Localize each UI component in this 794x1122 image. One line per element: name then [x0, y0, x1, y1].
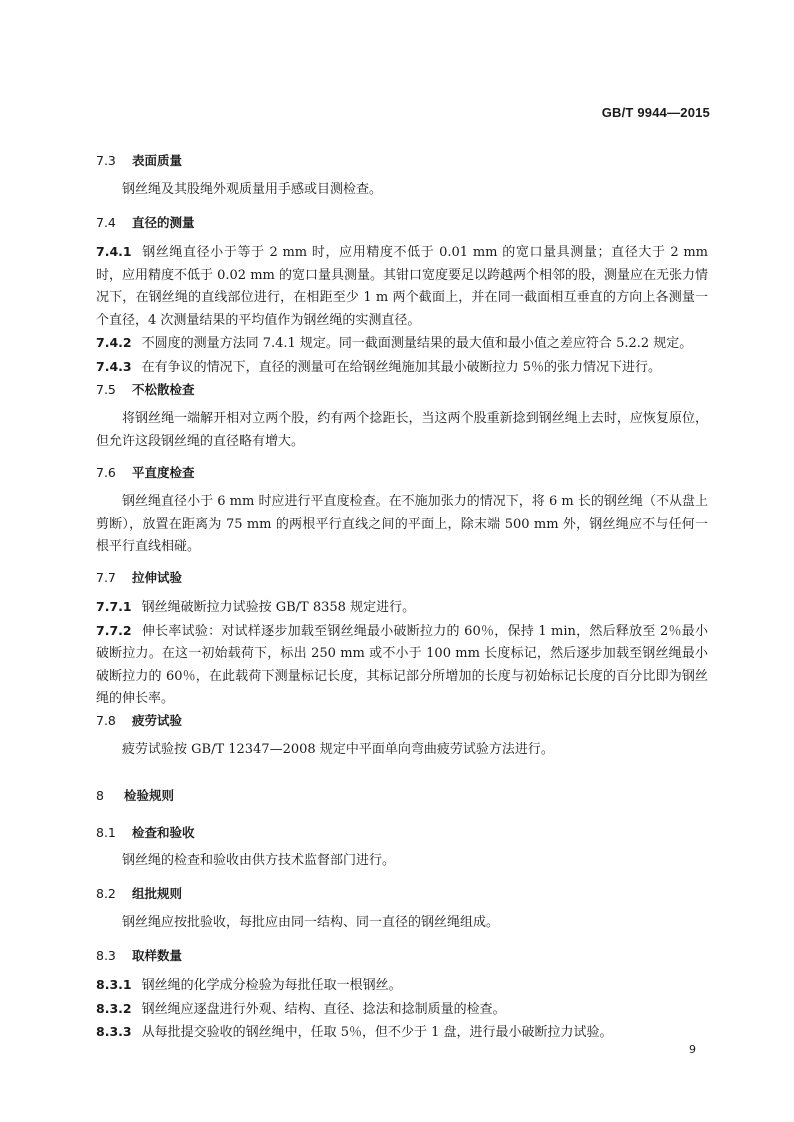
paragraph-8-2: 钢丝绳应按批验收，每批应由同一结构、同一直径的钢丝绳组成。 — [96, 912, 708, 935]
paragraph-7-8: 疲劳试验按 GB/T 12347—2008 规定中平面单向弯曲疲劳试验方法进行。 — [96, 739, 708, 762]
paragraph-7-3: 钢丝绳及其股绳外观质量用手感或目测检查。 — [96, 179, 708, 202]
document-page: GB/T 9944—2015 7.3表面质量 钢丝绳及其股绳外观质量用手感或目测… — [0, 0, 794, 1122]
clause-8-3-1: 8.3.1钢丝绳的化学成分检验为每批任取一根钢丝。 — [96, 974, 708, 998]
heading-7-7: 7.7拉伸试验 — [96, 568, 708, 586]
clause-7-4-2: 7.4.2不圆度的测量方法同 7.4.1 规定。同一截面测量结果的最大值和最小值… — [96, 332, 708, 356]
clauses-8-3: 8.3.1钢丝绳的化学成分检验为每批任取一根钢丝。 8.3.2钢丝绳应逐盘进行外… — [96, 974, 708, 1045]
heading-7-3: 7.3表面质量 — [96, 151, 708, 169]
heading-7-4: 7.4直径的测量 — [96, 213, 708, 231]
heading-8-2: 8.2组批规则 — [96, 884, 708, 902]
standard-id: GB/T 9944—2015 — [602, 105, 710, 120]
heading-8: 8检验规则 — [96, 786, 708, 804]
heading-8-1: 8.1检查和验收 — [96, 823, 708, 841]
clause-7-4-3: 7.4.3在有争议的情况下，直径的测量可在给钢丝绳施加其最小破断拉力 5％的张力… — [96, 356, 708, 380]
heading-8-3: 8.3取样数量 — [96, 946, 708, 964]
paragraph-7-6: 钢丝绳直径小于 6 mm 时应进行平直度检查。在不施加张力的情况下，将 6 m … — [96, 491, 708, 559]
paragraph-8-1: 钢丝绳的检查和验收由供方技术监督部门进行。 — [96, 850, 708, 873]
clauses-7-4: 7.4.1钢丝绳直径小于等于 2 mm 时，应用精度不低于 0.01 mm 的宽… — [96, 241, 708, 379]
heading-7-5: 7.5不松散检查 — [96, 380, 708, 398]
page-number: 9 — [689, 1043, 696, 1056]
clause-7-7-1: 7.7.1钢丝绳破断拉力试验按 GB/T 8358 规定进行。 — [96, 596, 708, 620]
clause-7-7-2: 7.7.2伸长率试验：对试样逐步加载至钢丝绳最小破断拉力的 60％，保持 1 m… — [96, 620, 708, 711]
clause-8-3-2: 8.3.2钢丝绳应逐盘进行外观、结构、直径、捻法和捻制质量的检查。 — [96, 998, 708, 1022]
clause-7-4-1: 7.4.1钢丝绳直径小于等于 2 mm 时，应用精度不低于 0.01 mm 的宽… — [96, 241, 708, 332]
clause-8-3-3: 8.3.3从每批提交验收的钢丝绳中，任取 5％，但不少于 1 盘，进行最小破断拉… — [96, 1021, 708, 1045]
clauses-7-7: 7.7.1钢丝绳破断拉力试验按 GB/T 8358 规定进行。 7.7.2伸长率… — [96, 596, 708, 711]
heading-7-6: 7.6平直度检查 — [96, 463, 708, 481]
paragraph-7-5: 将钢丝绳一端解开相对立两个股，约有两个捻距长，当这两个股重新捻到钢丝绳上去时，应… — [96, 408, 708, 453]
heading-7-8: 7.8疲劳试验 — [96, 711, 708, 729]
